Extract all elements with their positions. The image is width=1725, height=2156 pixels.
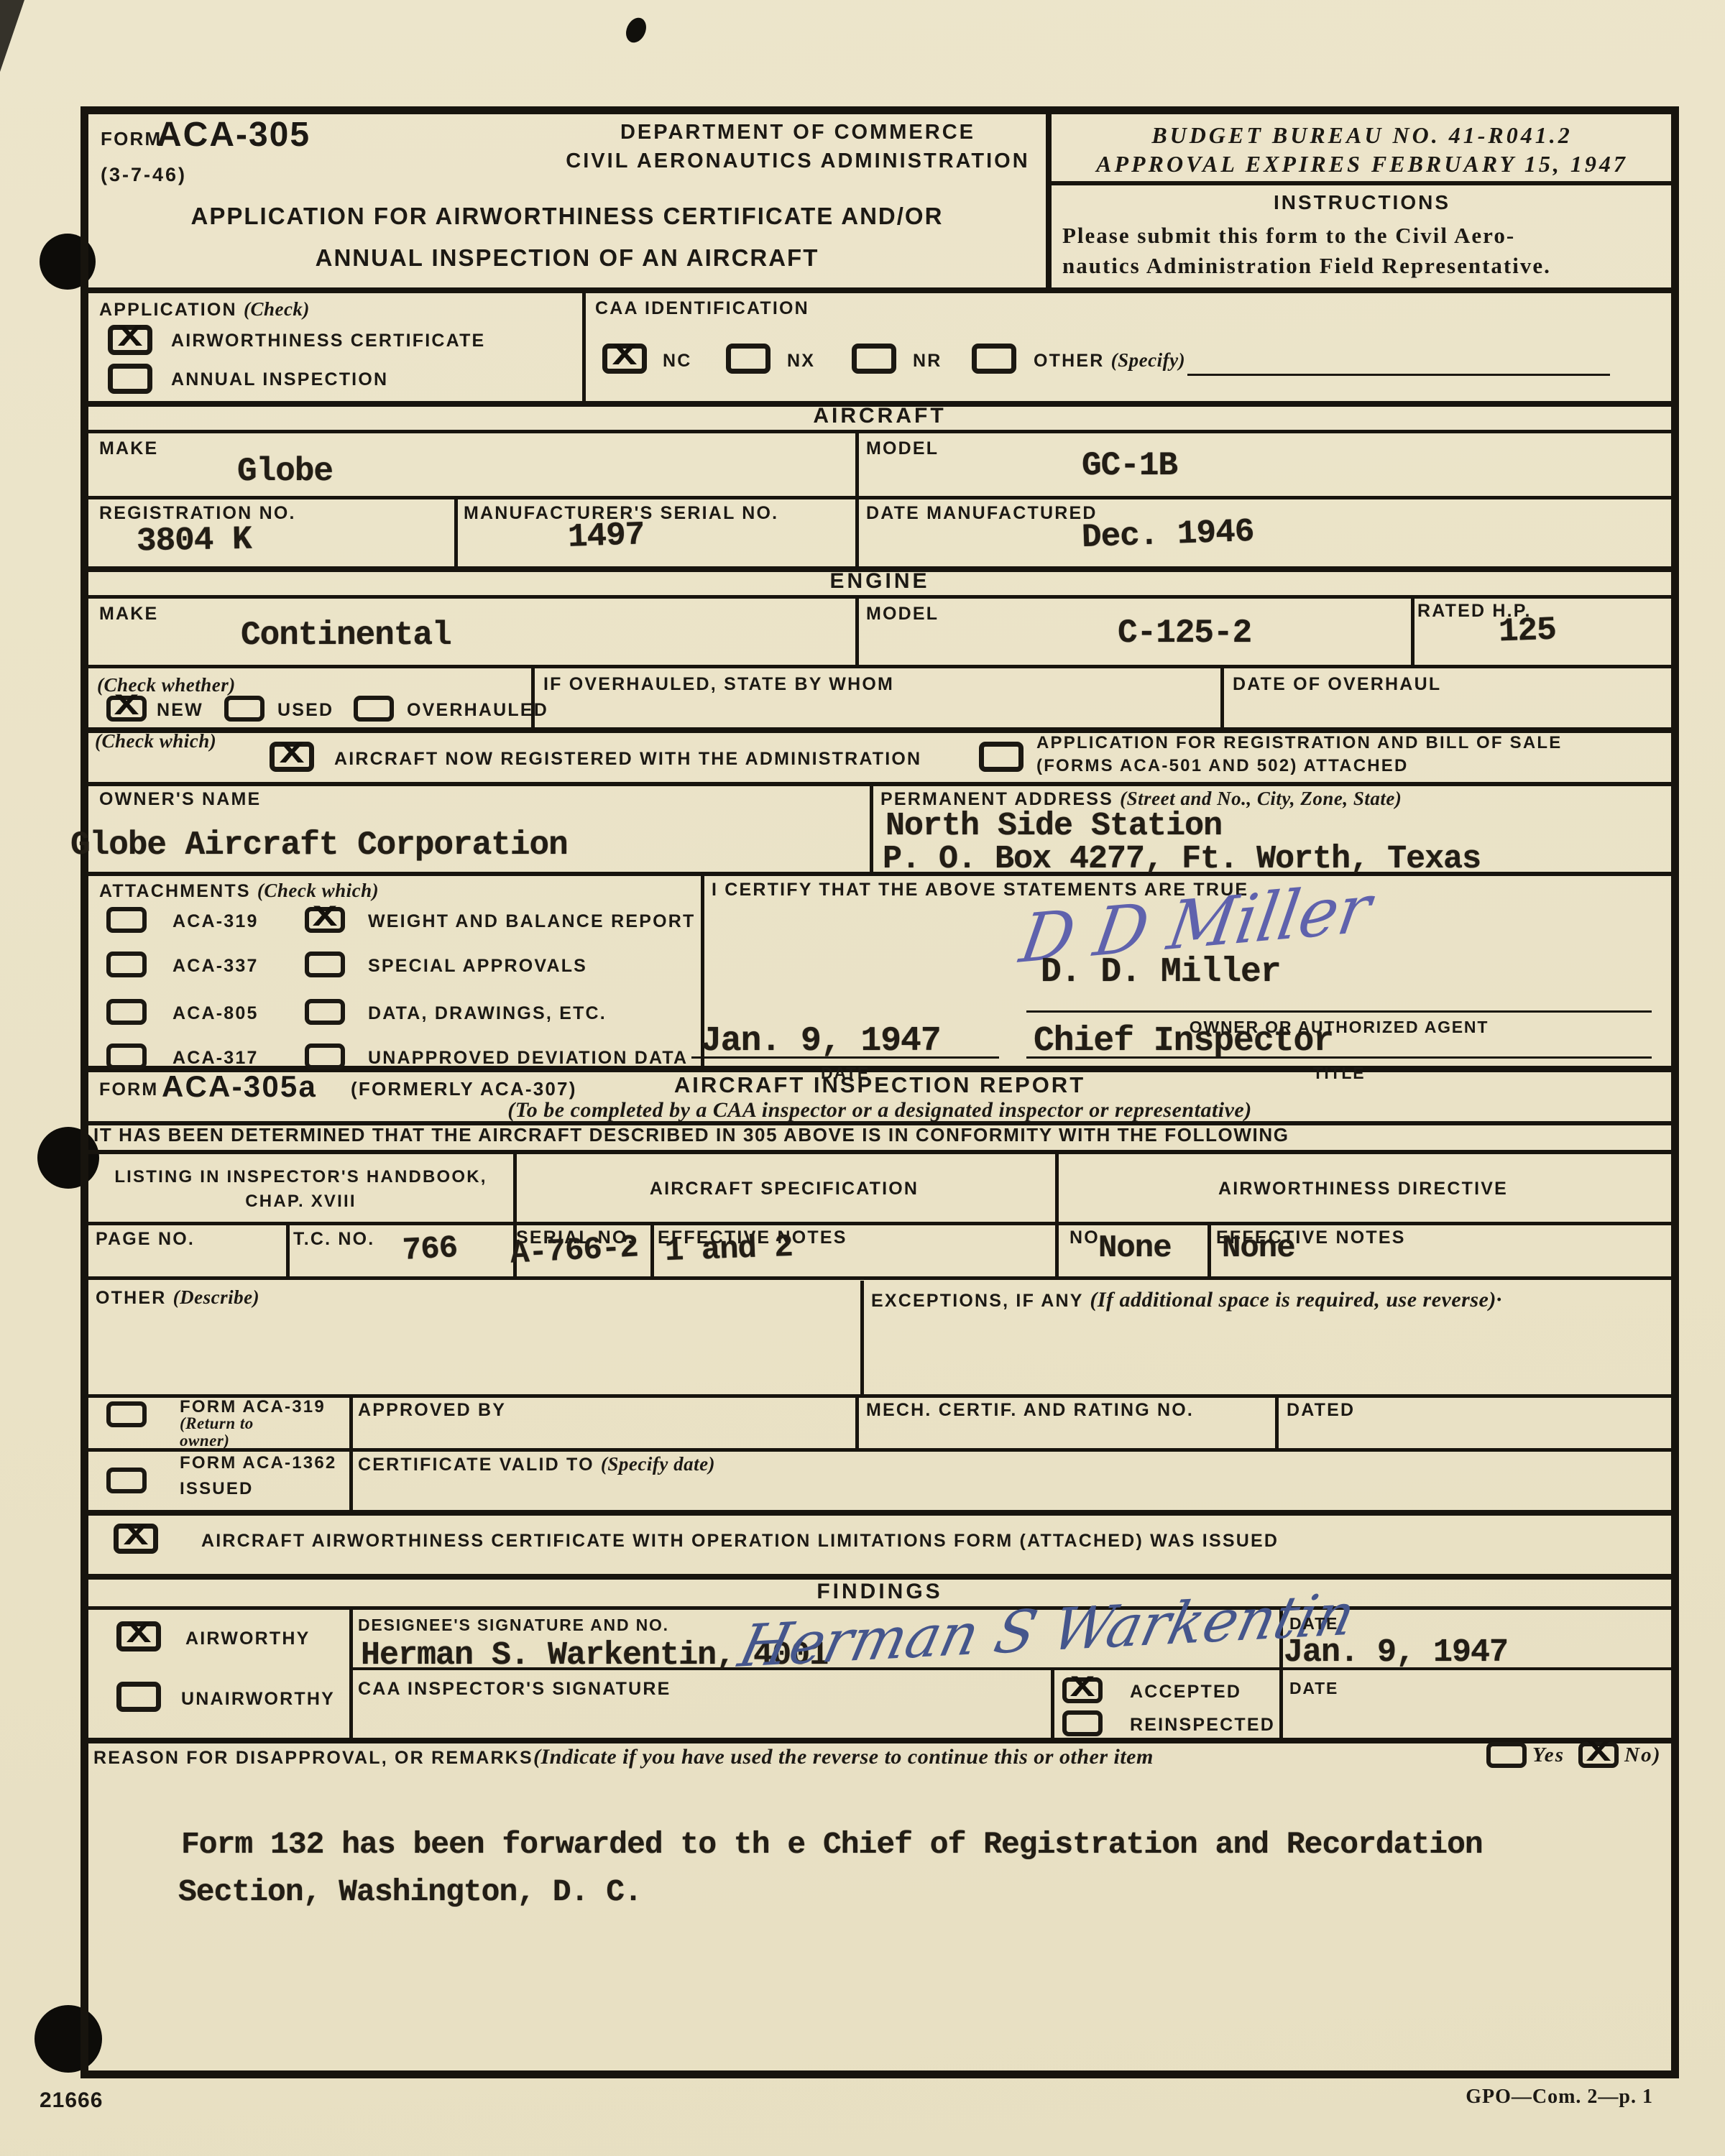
divider <box>860 1281 864 1394</box>
divider <box>286 1225 290 1276</box>
nc-checkbox[interactable] <box>602 344 647 374</box>
rule <box>88 1510 1671 1516</box>
form-aca-1362-label-line1: FORM ACA-1362 <box>180 1453 336 1473</box>
divider <box>1051 1670 1054 1738</box>
check-which-label: (Check which) <box>95 730 216 752</box>
reinspected-checkbox[interactable] <box>1062 1710 1103 1736</box>
annual-inspection-checkbox[interactable] <box>108 364 152 394</box>
unapproved-deviation-label: UNAPPROVED DEVIATION DATA <box>368 1048 688 1069</box>
form-title-line1: APPLICATION FOR AIRWORTHINESS CERTIFICAT… <box>88 203 1046 230</box>
engine-new-checkbox[interactable] <box>106 696 147 722</box>
engine-overhauled-checkbox[interactable] <box>354 696 394 722</box>
certification-date-value: Jan. 9, 1947 <box>701 1022 941 1061</box>
divider <box>855 1397 859 1448</box>
certificate-issued-label: AIRCRAFT AIRWORTHINESS CERTIFICATE WITH … <box>201 1531 1279 1552</box>
aircraft-specification-header: AIRCRAFT SPECIFICATION <box>513 1179 1055 1199</box>
weight-balance-label: WEIGHT AND BALANCE REPORT <box>368 911 695 932</box>
directive-no-value: None <box>1098 1230 1172 1266</box>
rule <box>88 287 1671 293</box>
spec-serial-value: A-766-2 <box>510 1230 639 1272</box>
engine-model-label: MODEL <box>866 604 939 625</box>
rule <box>88 1738 1671 1743</box>
approved-by-label: APPROVED BY <box>358 1400 506 1421</box>
page-no-label: PAGE NO. <box>96 1229 195 1250</box>
aca-805-checkbox[interactable] <box>106 999 147 1025</box>
exceptions-label: EXCEPTIONS, IF ANY (If additional space … <box>871 1285 1655 1316</box>
budget-bureau-line2: APPROVAL EXPIRES FEBRUARY 15, 1947 <box>1057 151 1667 178</box>
airworthy-checkbox[interactable] <box>116 1621 161 1651</box>
registration-no-label: REGISTRATION NO. <box>99 503 296 524</box>
data-drawings-label: DATA, DRAWINGS, ETC. <box>368 1003 607 1024</box>
dated-label: DATED <box>1287 1400 1355 1421</box>
engine-used-checkbox[interactable] <box>224 696 264 722</box>
form-aca-319-note-line2: owner) <box>180 1432 229 1450</box>
owner-address-line2: P. O. Box 4277, Ft. Worth, Texas <box>883 841 1481 877</box>
department-line1: DEPARTMENT OF COMMERCE <box>561 121 1035 144</box>
nr-checkbox[interactable] <box>852 344 896 374</box>
listing-header-line2: CHAP. XVIII <box>88 1192 513 1212</box>
registration-no-value: 3804 K <box>137 521 252 561</box>
divider <box>855 433 859 566</box>
inspection-title: AIRCRAFT INSPECTION REPORT <box>88 1072 1671 1098</box>
engine-section-title: ENGINE <box>88 569 1671 594</box>
airworthy-label: AIRWORTHY <box>185 1628 310 1649</box>
effective-notes-value: 1 and 2 <box>664 1230 793 1270</box>
aircraft-make-value: Globe <box>237 453 333 490</box>
remarks-line2: Section, Washington, D. C. <box>178 1874 642 1909</box>
department-line2: CIVIL AERONAUTICS ADMINISTRATION <box>561 149 1035 173</box>
budget-bureau-line1: BUDGET BUREAU NO. 41-R041.2 <box>1057 122 1667 149</box>
designee-signature-label: DESIGNEE'S SIGNATURE AND NO. <box>358 1616 669 1635</box>
caa-inspector-signature-label[interactable]: CAA INSPECTOR'S SIGNATURE <box>358 1679 671 1700</box>
tc-no-label: T.C. NO. <box>293 1229 374 1250</box>
certificate-valid-to-label: CERTIFICATE VALID TO (Specify date) <box>358 1453 715 1475</box>
registered-label: AIRCRAFT NOW REGISTERED WITH THE ADMINIS… <box>334 749 921 770</box>
title-line <box>1026 1056 1652 1059</box>
aca-319-checkbox[interactable] <box>106 907 147 933</box>
listing-header-line1: LISTING IN INSPECTOR'S HANDBOOK, <box>88 1167 513 1187</box>
determination-statement: IT HAS BEEN DETERMINED THAT THE AIRCRAFT… <box>93 1124 1289 1146</box>
application-label-note: (Check) <box>244 298 310 320</box>
engine-used-label: USED <box>277 700 333 721</box>
nc-label: NC <box>663 351 692 372</box>
nx-checkbox[interactable] <box>726 344 770 374</box>
nr-label: NR <box>913 351 942 372</box>
permanent-address-label: PERMANENT ADDRESS (Street and No., City,… <box>880 788 1402 810</box>
aircraft-section-title: AIRCRAFT <box>88 404 1671 428</box>
instructions-line1: Please submit this form to the Civil Aer… <box>1062 223 1515 249</box>
aca-305-form: FORM ACA-305 (3-7-46) DEPARTMENT OF COMM… <box>0 0 1725 2156</box>
serial-no-value: 1497 <box>567 516 645 556</box>
divider <box>1046 114 1052 287</box>
engine-make-label: MAKE <box>99 604 158 625</box>
instructions-line2: nautics Administration Field Representat… <box>1062 253 1551 279</box>
certification-title-value: Chief Inspector <box>1034 1022 1333 1061</box>
agent-signature-line <box>1026 1010 1652 1013</box>
annual-inspection-label: ANNUAL INSPECTION <box>171 369 388 390</box>
reason-note: (Indicate if you have used the reverse t… <box>533 1745 1154 1769</box>
aircraft-model-value: GC-1B <box>1082 447 1177 484</box>
rule <box>88 1222 1671 1225</box>
attachments-label-note: (Check which) <box>257 880 379 901</box>
exceptions-note: (If additional space is required, use re… <box>1090 1288 1501 1312</box>
engine-overhauled-label: OVERHAULED <box>407 700 548 721</box>
reason-yes-checkbox[interactable] <box>1486 1742 1527 1768</box>
aca-317-checkbox[interactable] <box>106 1044 147 1069</box>
rule <box>88 727 1671 733</box>
aca-805-label: ACA-805 <box>172 1003 259 1024</box>
rule <box>88 1394 1671 1398</box>
divider <box>1220 668 1224 727</box>
other-describe-label: OTHER (Describe) <box>96 1286 259 1309</box>
rule <box>88 1276 1671 1280</box>
remarks-line1: Form 132 has been forwarded to th e Chie… <box>181 1827 1483 1862</box>
owner-name-value: Globe Aircraft Corporation <box>70 826 568 864</box>
directive-effective-notes-value: None <box>1222 1230 1295 1266</box>
accepted-checkbox[interactable] <box>1062 1677 1103 1703</box>
divider <box>1411 599 1414 665</box>
engine-make-value: Continental <box>241 617 451 654</box>
data-drawings-checkbox[interactable] <box>305 999 345 1025</box>
rule <box>88 595 1671 599</box>
instructions-title: INSTRUCTIONS <box>1057 191 1667 214</box>
inspection-subtitle: (To be completed by a CAA inspector or a… <box>88 1098 1671 1123</box>
date-line <box>691 1056 999 1059</box>
engine-model-value: C-125-2 <box>1118 614 1251 652</box>
application-attached-checkbox[interactable] <box>979 742 1023 772</box>
aircraft-model-label: MODEL <box>866 438 939 459</box>
divider <box>650 1225 654 1276</box>
rule <box>1052 181 1671 185</box>
aca-337-label: ACA-337 <box>172 956 259 977</box>
rated-hp-value: 125 <box>1498 612 1557 651</box>
special-approvals-checkbox[interactable] <box>305 952 345 977</box>
aca-337-checkbox[interactable] <box>106 952 147 977</box>
other-id-blank-line[interactable] <box>1187 374 1610 376</box>
other-id-note: (Specify) <box>1111 349 1185 371</box>
form-aca-1362-label-line2: ISSUED <box>180 1479 254 1499</box>
owner-address-line1: North Side Station <box>885 808 1222 844</box>
date-of-overhaul-label: DATE OF OVERHAUL <box>1233 674 1441 695</box>
airworthiness-certificate-label: AIRWORTHINESS CERTIFICATE <box>171 331 485 351</box>
form-title-line2: ANNUAL INSPECTION OF AN AIRCRAFT <box>88 244 1046 272</box>
nx-label: NX <box>787 351 815 372</box>
form-number: ACA-305 <box>157 115 310 155</box>
application-label: APPLICATION (Check) <box>99 298 310 321</box>
rule <box>88 430 1671 433</box>
weight-balance-checkbox[interactable] <box>305 907 345 933</box>
divider <box>349 1610 353 1738</box>
form-aca-1362-checkbox[interactable] <box>106 1468 147 1493</box>
form-revision: (3-7-46) <box>101 164 187 186</box>
divider <box>870 786 873 872</box>
owner-signature-typed: D. D. Miller <box>1041 953 1281 992</box>
print-order-number: 21666 <box>40 2088 103 2113</box>
reason-yes-label: Yes <box>1532 1743 1565 1767</box>
ink-speck <box>622 14 650 45</box>
airworthiness-directive-header: AIRWORTHINESS DIRECTIVE <box>1055 1179 1671 1199</box>
attachments-label: ATTACHMENTS (Check which) <box>99 880 379 902</box>
if-overhauled-label: IF OVERHAULED, STATE BY WHOM <box>543 674 894 695</box>
form-aca-319-note-line1: (Return to <box>180 1414 254 1433</box>
divider <box>582 293 586 401</box>
reason-label: REASON FOR DISAPPROVAL, OR REMARKS <box>93 1748 533 1769</box>
findings-date-value: Jan. 9, 1947 <box>1284 1634 1508 1671</box>
rule <box>88 1150 1671 1154</box>
permanent-address-note: (Street and No., City, Zone, State) <box>1120 788 1402 809</box>
owner-name-label: OWNER'S NAME <box>99 789 261 810</box>
form-aca-319-checkbox[interactable] <box>106 1401 147 1427</box>
other-id-checkbox[interactable] <box>972 344 1016 374</box>
findings-date-label: DATE <box>1289 1614 1338 1634</box>
divider <box>1207 1225 1211 1276</box>
other-describe-note: (Describe) <box>173 1286 259 1308</box>
form-number-prefix: FORM <box>101 128 162 150</box>
application-attached-label-line2: (FORMS ACA-501 AND 502) ATTACHED <box>1036 756 1409 776</box>
divider <box>454 499 458 566</box>
date-manufactured-label: DATE MANUFACTURED <box>866 503 1098 524</box>
other-id-label: OTHER (Specify) <box>1034 349 1185 372</box>
page-corner-shadow <box>0 0 24 72</box>
unairworthy-checkbox[interactable] <box>116 1682 161 1712</box>
certificate-issued-checkbox[interactable] <box>114 1524 158 1554</box>
rule <box>88 1448 1671 1452</box>
divider <box>1055 1154 1059 1276</box>
rule <box>88 496 1671 499</box>
aircraft-make-label: MAKE <box>99 438 158 459</box>
rule <box>88 665 1671 668</box>
reinspected-label: REINSPECTED <box>1130 1715 1275 1736</box>
registered-checkbox[interactable] <box>270 742 314 772</box>
special-approvals-label: SPECIAL APPROVALS <box>368 956 587 977</box>
unairworthy-label: UNAIRWORTHY <box>181 1689 335 1710</box>
mech-certif-label: MECH. CERTIF. AND RATING NO. <box>866 1400 1194 1421</box>
caa-date-label: DATE <box>1289 1679 1338 1698</box>
aca-319-label: ACA-319 <box>172 911 259 932</box>
reason-no-checkbox[interactable] <box>1578 1742 1619 1768</box>
divider <box>855 599 859 665</box>
caa-identification-label: CAA IDENTIFICATION <box>595 298 809 319</box>
certificate-valid-to-note: (Specify date) <box>601 1453 715 1475</box>
airworthiness-certificate-checkbox[interactable] <box>108 325 152 355</box>
accepted-label: ACCEPTED <box>1130 1682 1241 1703</box>
divider <box>349 1397 353 1510</box>
reason-no-label: No) <box>1624 1743 1662 1767</box>
unapproved-deviation-checkbox[interactable] <box>305 1044 345 1069</box>
tc-no-value: 766 <box>402 1230 459 1269</box>
rule <box>88 1574 1671 1580</box>
aca-317-label: ACA-317 <box>172 1048 259 1069</box>
date-manufactured-value: Dec. 1946 <box>1081 513 1254 556</box>
gpo-imprint: GPO—Com. 2—p. 1 <box>1366 2086 1653 2109</box>
rule <box>88 782 1671 786</box>
findings-section-title: FINDINGS <box>88 1580 1671 1604</box>
application-attached-label-line1: APPLICATION FOR REGISTRATION AND BILL OF… <box>1036 733 1562 753</box>
divider <box>1275 1397 1279 1448</box>
engine-new-label: NEW <box>157 700 203 721</box>
